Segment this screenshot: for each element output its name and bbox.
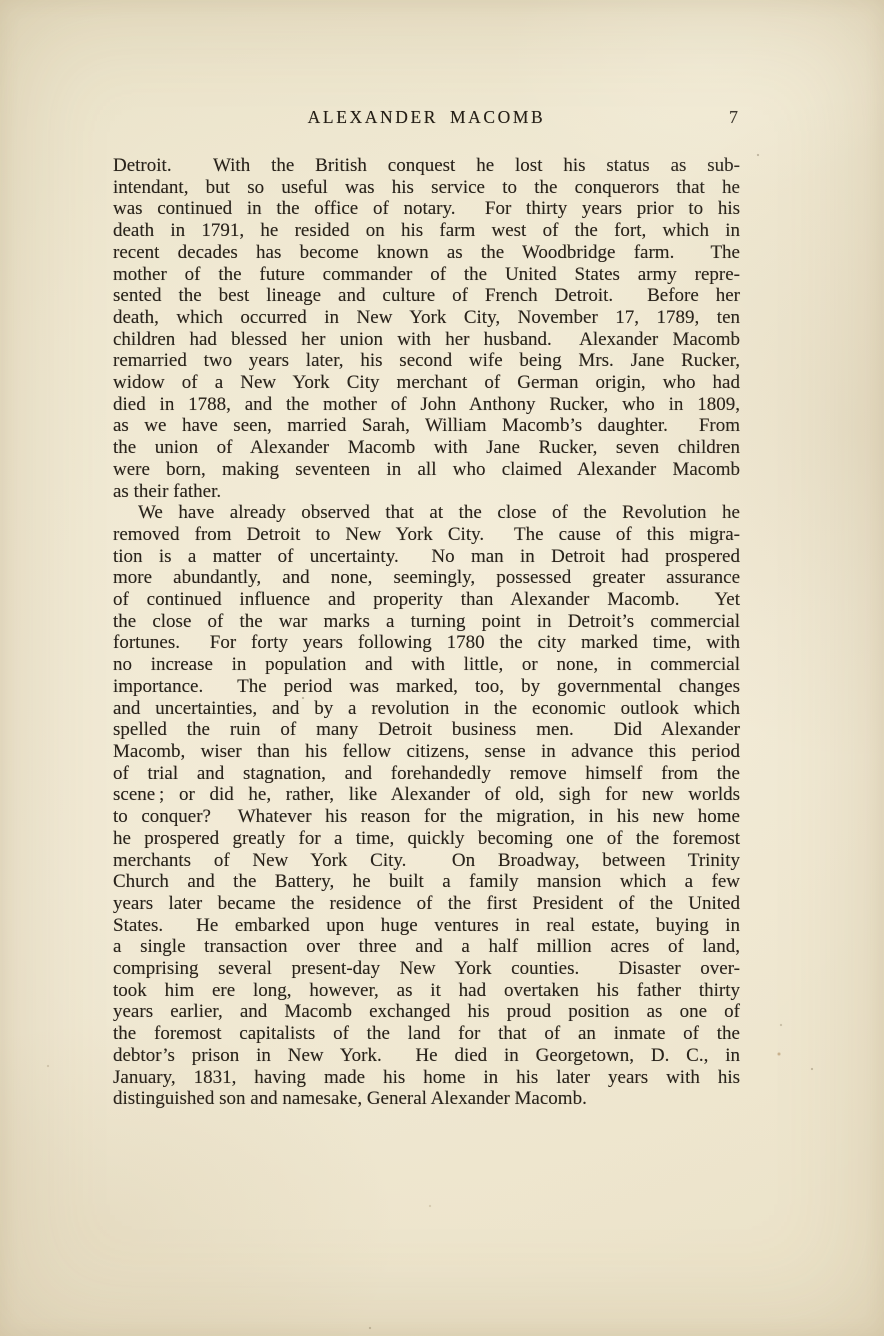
text-line: and uncertainties, and by a revolution i… xyxy=(113,698,740,720)
page-title: ALEXANDER MACOMB xyxy=(113,106,740,128)
text-line: to conquer? Whatever his reason for the … xyxy=(113,806,740,828)
text-line: mother of the future commander of the Un… xyxy=(113,264,740,286)
text-line: intendant, but so useful was his service… xyxy=(113,177,740,199)
text-line: remarried two years later, his second wi… xyxy=(113,350,740,372)
text-line: tion is a matter of uncertainty. No man … xyxy=(113,546,740,568)
text-line: of trial and stagnation, and forehandedl… xyxy=(113,763,740,785)
text-line: more abundantly, and none, seemingly, po… xyxy=(113,567,740,589)
book-page: ALEXANDER MACOMB 7 Detroit. With the Bri… xyxy=(0,0,884,1336)
text-line: death in 1791, he resided on his farm we… xyxy=(113,220,740,242)
text-line: he prospered greatly for a time, quickly… xyxy=(113,828,740,850)
text-line: removed from Detroit to New York City. T… xyxy=(113,524,740,546)
text-line: January, 1831, having made his home in h… xyxy=(113,1067,740,1089)
text-line: merchants of New York City. On Broadway,… xyxy=(113,850,740,872)
text-column: Detroit. With the British conquest he lo… xyxy=(113,155,740,1110)
text-line: We have already observed that at the clo… xyxy=(113,502,740,524)
text-line: no increase in population and with littl… xyxy=(113,654,740,676)
text-line: children had blessed her union with her … xyxy=(113,329,740,351)
text-line: scene ; or did he, rather, like Alexande… xyxy=(113,784,740,806)
text-line: took him ere long, however, as it had ov… xyxy=(113,980,740,1002)
text-line: comprising several present-day New York … xyxy=(113,958,740,980)
text-line: died in 1788, and the mother of John Ant… xyxy=(113,394,740,416)
text-line: debtor’s prison in New York. He died in … xyxy=(113,1045,740,1067)
text-line: recent decades has become known as the W… xyxy=(113,242,740,264)
text-line: the close of the war marks a turning poi… xyxy=(113,611,740,633)
running-header: ALEXANDER MACOMB 7 xyxy=(113,106,740,130)
text-line: as we have seen, married Sarah, William … xyxy=(113,415,740,437)
paragraph-1: Detroit. With the British conquest he lo… xyxy=(113,155,740,502)
text-line: States. He embarked upon huge ventures i… xyxy=(113,915,740,937)
text-line: as their father. xyxy=(113,481,740,503)
text-line: was continued in the office of notary. F… xyxy=(113,198,740,220)
text-line: sented the best lineage and culture of F… xyxy=(113,285,740,307)
text-line: fortunes. For forty years following 1780… xyxy=(113,632,740,654)
text-line: death, which occurred in New York City, … xyxy=(113,307,740,329)
text-line: years earlier, and Macomb exchanged his … xyxy=(113,1001,740,1023)
text-line: of continued influence and properity tha… xyxy=(113,589,740,611)
text-line: Church and the Battery, he built a famil… xyxy=(113,871,740,893)
text-line: years later became the residence of the … xyxy=(113,893,740,915)
text-line: spelled the ruin of many Detroit busines… xyxy=(113,719,740,741)
text-line: the union of Alexander Macomb with Jane … xyxy=(113,437,740,459)
text-line: a single transaction over three and a ha… xyxy=(113,936,740,958)
paragraph-2: We have already observed that at the clo… xyxy=(113,502,740,1110)
text-line: Detroit. With the British conquest he lo… xyxy=(113,155,740,177)
text-line: Macomb, wiser than his fellow citizens, … xyxy=(113,741,740,763)
text-line: widow of a New York City merchant of Ger… xyxy=(113,372,740,394)
text-line: distinguished son and namesake, General … xyxy=(113,1088,740,1110)
page-number: 7 xyxy=(729,106,738,128)
text-line: the foremost capitalists of the land for… xyxy=(113,1023,740,1045)
text-line: importance. The period was marked, too, … xyxy=(113,676,740,698)
text-line: were born, making seventeen in all who c… xyxy=(113,459,740,481)
